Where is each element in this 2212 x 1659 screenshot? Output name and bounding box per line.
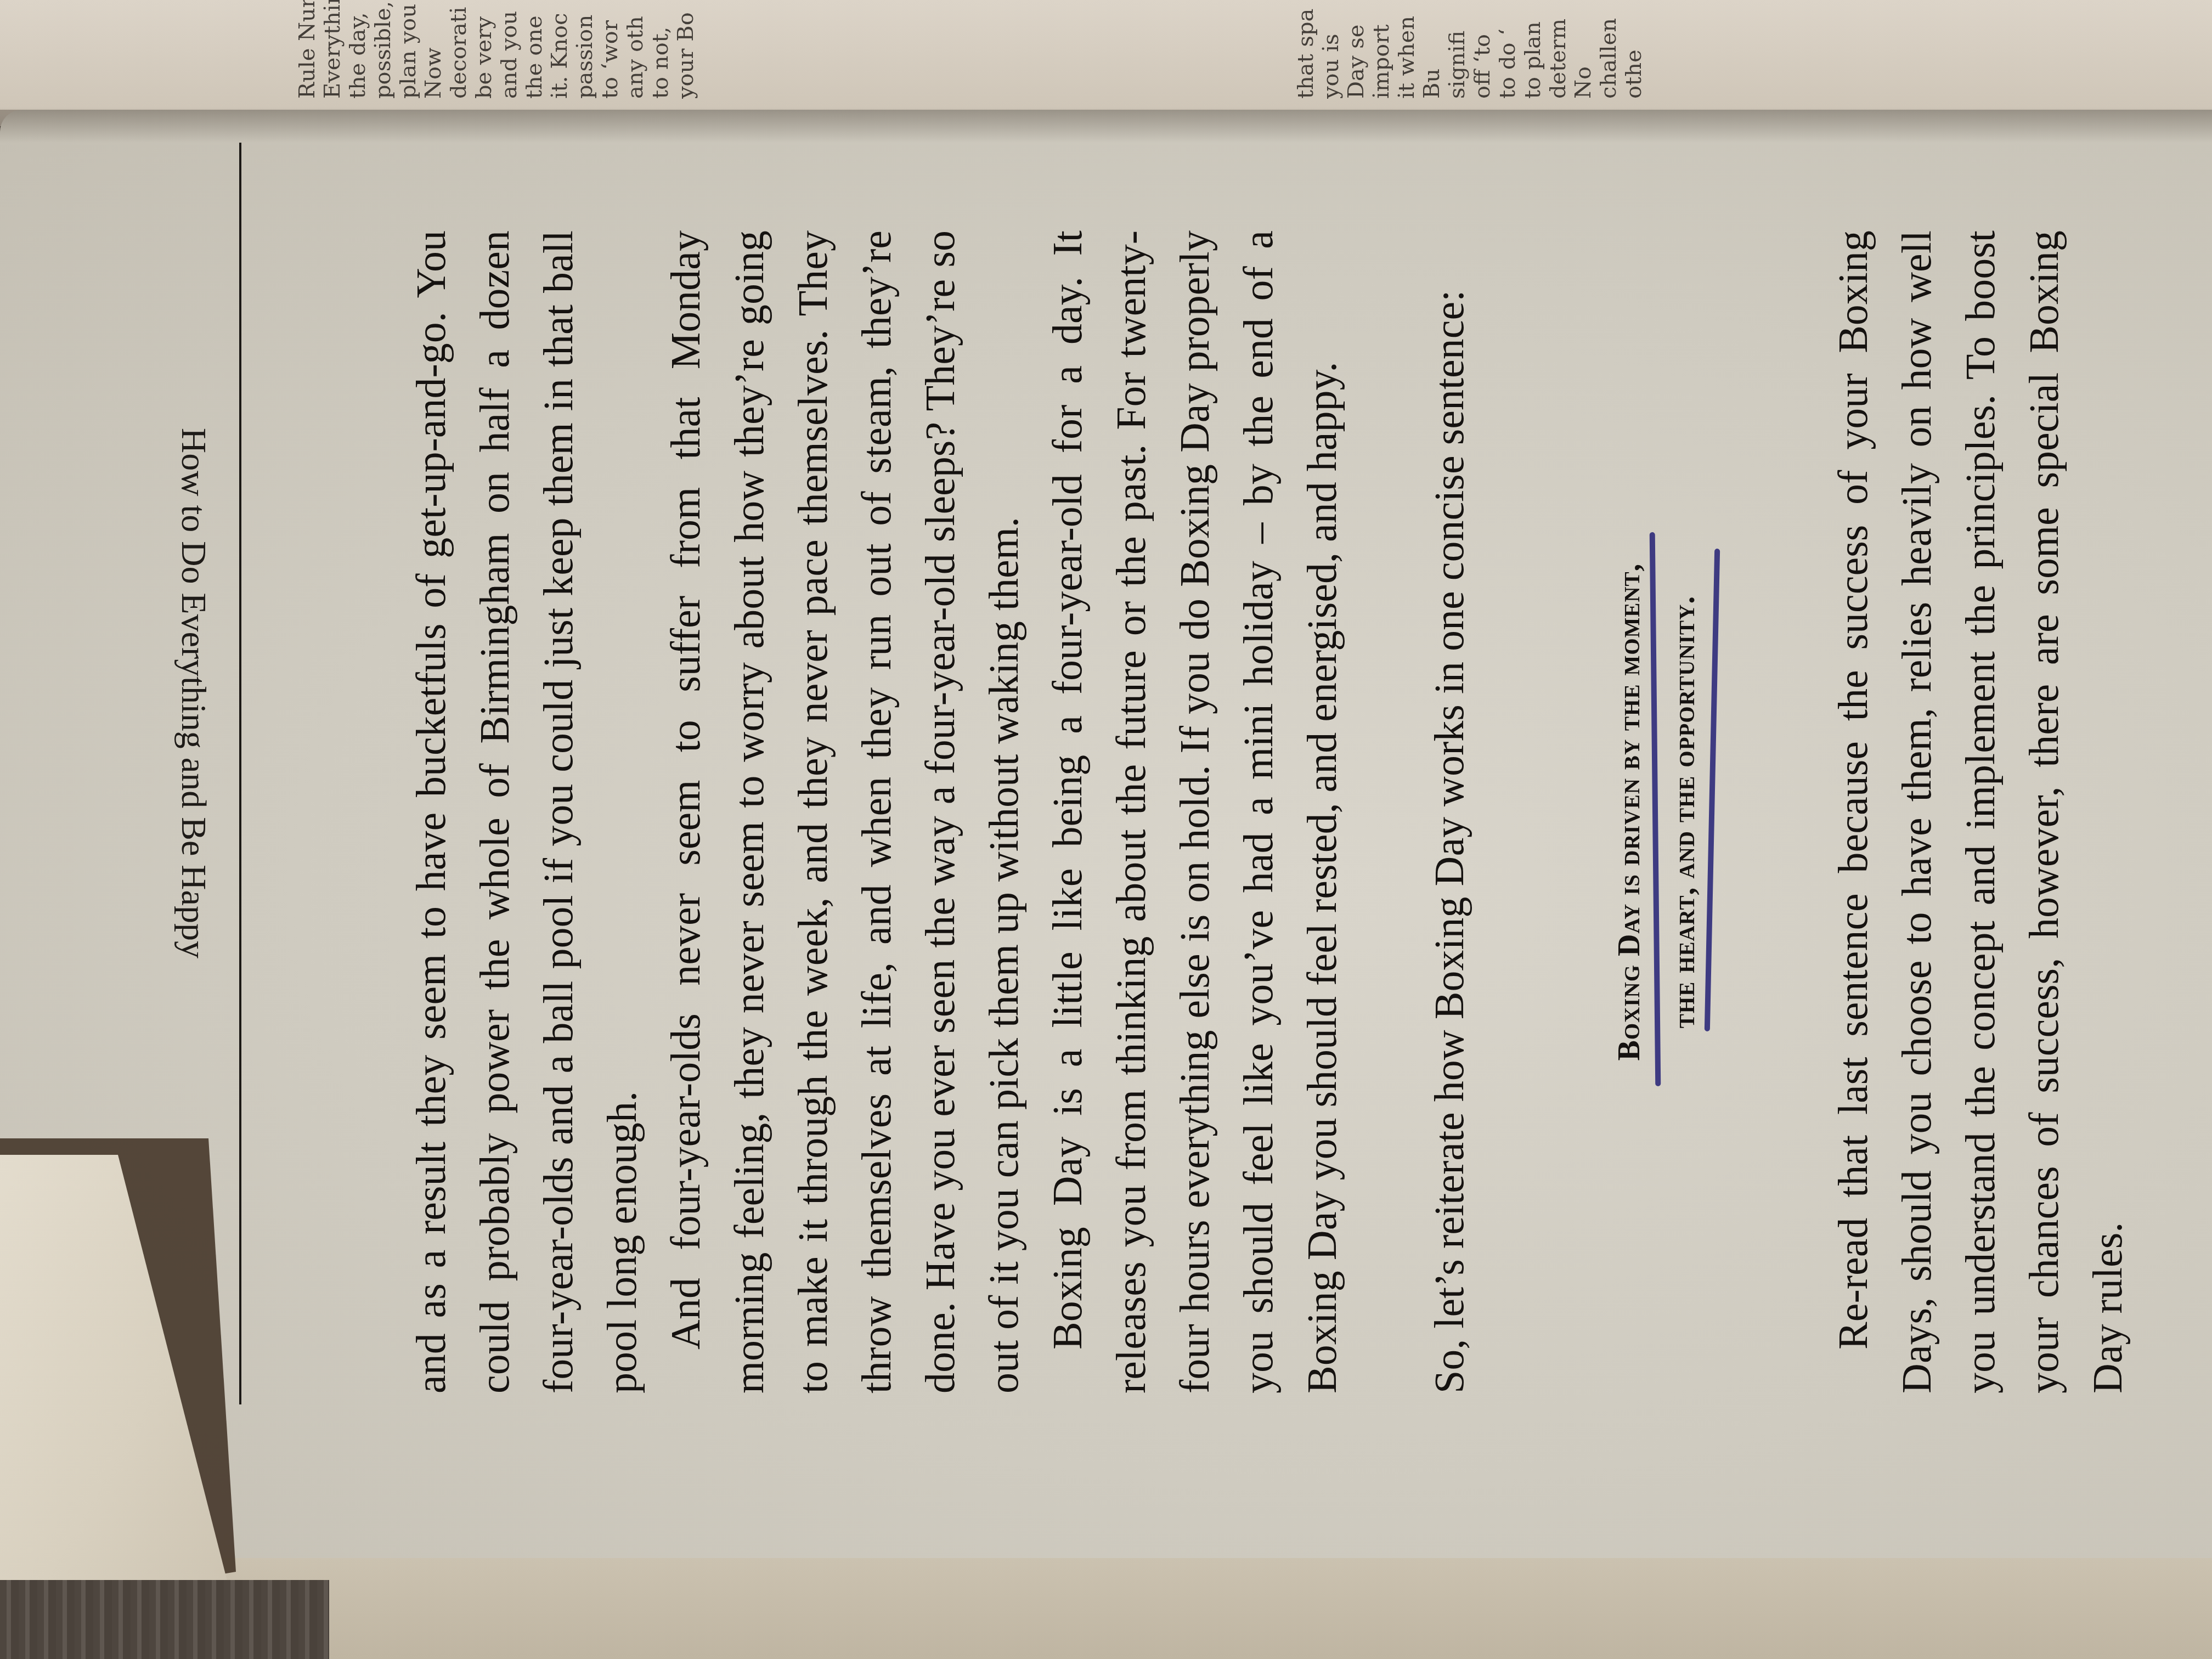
adjacent-fragment: passion (574, 0, 599, 99)
adjacent-fragment: Now (422, 0, 448, 99)
adjacent-fragment: possible, (372, 0, 397, 99)
adjacent-fragment: plan you (397, 0, 422, 99)
adjacent-fragment: decorati (448, 0, 473, 99)
adjacent-fragment: the one (523, 0, 549, 99)
adjacent-page: Rule Num Everythin the day, possible, pl… (0, 0, 2212, 128)
adjacent-fragment: othe (1623, 0, 1648, 99)
adjacent-fragment: it when (1396, 0, 1421, 99)
adjacent-fragment: your Bo (675, 0, 700, 99)
adjacent-fragment: that spa (1295, 0, 1320, 99)
paragraph: So, let’s reiterate how Boxing Day works… (1418, 230, 1481, 1393)
paragraph: and as a result they seem to have bucket… (399, 230, 654, 1393)
adjacent-page-text-right: that spa you is Day se import it when Bu… (1295, 0, 2212, 104)
adjacent-fragment: challen (1598, 0, 1623, 99)
adjacent-fragment: the day, (347, 0, 372, 99)
adjacent-fragment: to plan (1522, 0, 1547, 99)
quote-line-1: Boxing Day is driven by the moment, (1602, 230, 1657, 1393)
adjacent-fragment: you is (1320, 0, 1345, 99)
adjacent-fragment: to do ‘ (1497, 0, 1522, 99)
gutter-shadow (0, 110, 2212, 143)
adjacent-fragment: Everythin (321, 0, 347, 99)
highlighted-quote: Boxing Day is driven by the moment, the … (1602, 230, 1712, 1393)
table-surface (0, 1580, 329, 1659)
adjacent-fragment: No (1572, 0, 1598, 99)
adjacent-fragment: and you (498, 0, 523, 99)
quote-line-2: the heart, and the opportunity. (1657, 230, 1712, 1393)
adjacent-fragment: off ‘to (1471, 0, 1497, 99)
adjacent-fragment: import (1370, 0, 1396, 99)
adjacent-fragment: to not, (650, 0, 675, 99)
body-text: and as a result they seem to have bucket… (263, 230, 2140, 1393)
paragraph: Re-read that last sentence because the s… (1821, 230, 2140, 1393)
adjacent-fragment: Rule Num (296, 0, 321, 99)
adjacent-fragment: Bu (1421, 0, 1446, 99)
adjacent-fragment: determ (1547, 0, 1572, 99)
paragraph: Boxing Day is a little like being a four… (1036, 230, 1354, 1393)
adjacent-fragment: it. Knoc (549, 0, 574, 99)
book-photo: Rule Num Everythin the day, possible, pl… (0, 0, 2212, 1659)
adjacent-fragment: any oth (624, 0, 650, 99)
adjacent-fragment: to ‘wor (599, 0, 624, 99)
adjacent-page-text-left: Rule Num Everythin the day, possible, pl… (296, 0, 700, 99)
running-header: How to Do Everything and Be Happy (173, 428, 214, 958)
paragraph: And four-year-olds never seem to suffer … (654, 230, 1036, 1393)
page-text-frame: How to Do Everything and Be Happy and as… (110, 143, 2140, 1492)
adjacent-fragment: Day se (1345, 0, 1370, 99)
header-rule (239, 143, 241, 1404)
adjacent-fragment: signifi (1446, 0, 1471, 99)
adjacent-fragment: be very (473, 0, 498, 99)
page-bottom-edge (0, 1558, 2212, 1659)
